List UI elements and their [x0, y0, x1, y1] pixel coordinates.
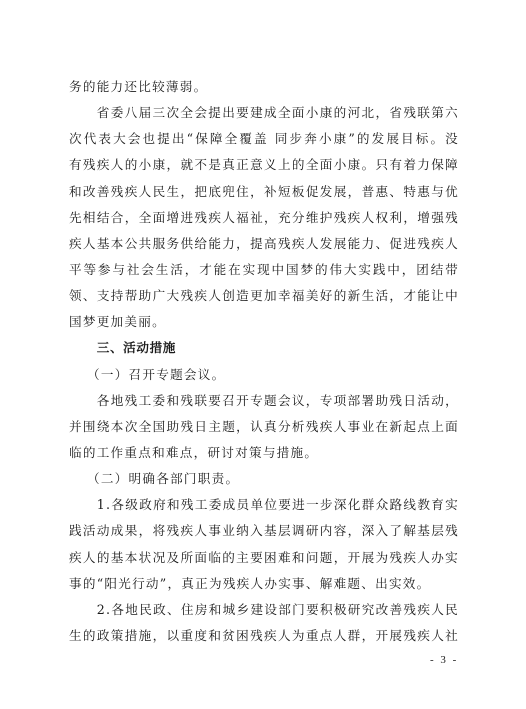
- paragraph-item-2: 2.各地民政、住房和城乡建设部门要积极研究改善残疾人民 生的政策措施，以重度和贫…: [69, 597, 459, 649]
- text-line: 2.各地民政、住房和城乡建设部门要积极研究改善残疾人民: [69, 597, 459, 623]
- text-line: 务的能力还比较薄弱。: [69, 74, 459, 100]
- text-line: 并围绕本次全国助残日主题，认真分析残疾人事业在新起点上面: [69, 414, 459, 440]
- text-line: 省委八届三次全会提出要建成全面小康的河北，省残联第六: [69, 100, 459, 126]
- text-line: 有残疾人的小康，就不是真正意义上的全面小康。只有着力保障: [69, 152, 459, 178]
- text-line: 平等参与社会生活，才能在实现中国梦的伟大实践中，团结带: [69, 257, 459, 283]
- text-line: 践活动成果，将残疾人事业纳入基层调研内容，深入了解基层残: [69, 518, 459, 544]
- subsection-heading-text: （二）明确各部门职责。: [69, 466, 459, 492]
- section-heading-text: 三、活动措施: [69, 335, 459, 361]
- document-body: 务的能力还比较薄弱。 省委八届三次全会提出要建成全面小康的河北，省残联第六 次代…: [69, 74, 459, 649]
- paragraph-xiaokang-goal: 省委八届三次全会提出要建成全面小康的河北，省残联第六 次代表大会也提出“保障全覆…: [69, 100, 459, 335]
- paragraph-continuation: 务的能力还比较薄弱。: [69, 74, 459, 100]
- paragraph-item-1: 1.各级政府和残工委成员单位要进一步深化群众路线教育实 践活动成果，将残疾人事业…: [69, 492, 459, 597]
- text-line: 次代表大会也提出“保障全覆盖 同步奔小康”的发展目标。没: [69, 126, 459, 152]
- page-number: - 3 -: [430, 654, 458, 666]
- subsection-heading-1: （一）召开专题会议。: [69, 362, 459, 388]
- text-line: 临的工作重点和难点，研讨对策与措施。: [69, 440, 459, 466]
- text-line: 疾人的基本状况及所面临的主要困难和问题，开展为残疾人办实: [69, 545, 459, 571]
- text-line: 疾人基本公共服务供给能力，提高残疾人发展能力、促进残疾人: [69, 231, 459, 257]
- text-line: 和改善残疾人民生，把底兜住，补短板促发展，普惠、特惠与优: [69, 179, 459, 205]
- document-page: 务的能力还比较薄弱。 省委八届三次全会提出要建成全面小康的河北，省残联第六 次代…: [0, 0, 526, 709]
- subsection-heading-text: （一）召开专题会议。: [69, 362, 459, 388]
- subsection-heading-2: （二）明确各部门职责。: [69, 466, 459, 492]
- text-line: 先相结合，全面增进残疾人福祉，充分维护残疾人权利，增强残: [69, 205, 459, 231]
- paragraph-special-meeting: 各地残工委和残联要召开专题会议，专项部署助残日活动， 并围绕本次全国助残日主题，…: [69, 388, 459, 466]
- text-line: 事的“阳光行动”，真正为残疾人办实事、解难题、出实效。: [69, 571, 459, 597]
- text-line: 生的政策措施，以重度和贫困残疾人为重点人群，开展残疾人社: [69, 623, 459, 649]
- text-line: 1.各级政府和残工委成员单位要进一步深化群众路线教育实: [69, 492, 459, 518]
- text-line: 各地残工委和残联要召开专题会议，专项部署助残日活动，: [69, 388, 459, 414]
- text-line: 国梦更加美丽。: [69, 309, 459, 335]
- section-heading: 三、活动措施: [69, 335, 459, 361]
- text-line: 领、支持帮助广大残疾人创造更加幸福美好的新生活，才能让中: [69, 283, 459, 309]
